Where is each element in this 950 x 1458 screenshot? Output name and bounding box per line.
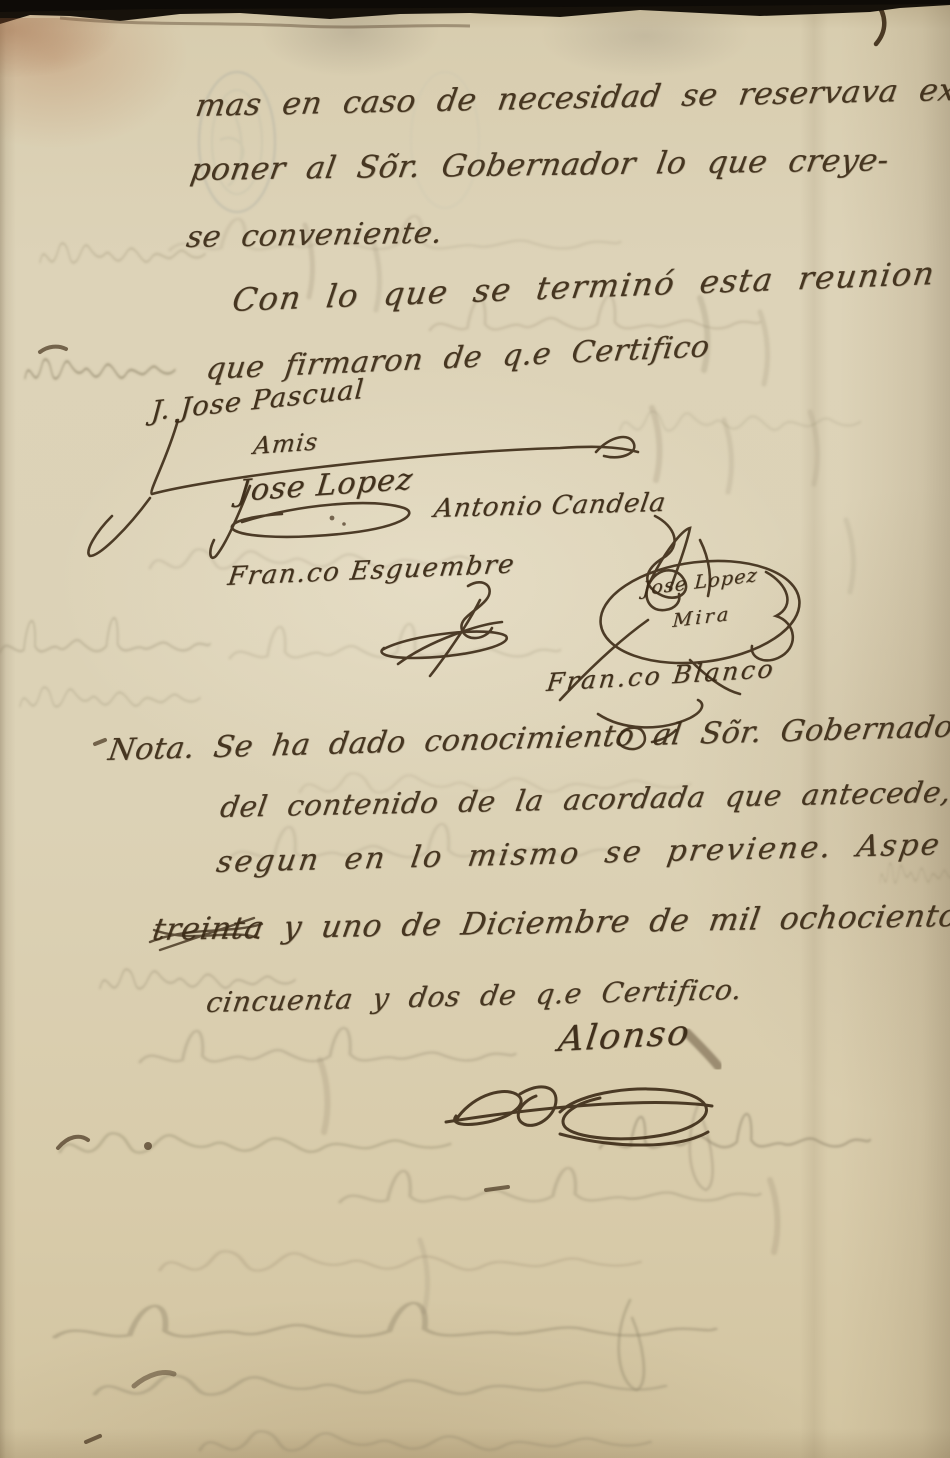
- nota-line-1: Nota. Se ha dado conocimiento al Sõr. Go…: [106, 709, 950, 768]
- alonso-rubric: [446, 1087, 712, 1145]
- bleedthrough-line: [20, 687, 200, 706]
- bleedthrough-stroke: [770, 1180, 777, 1252]
- manuscript-page: mas en caso de necesidad se reservava ex…: [0, 0, 950, 1458]
- signature-lopez-mira-line2: Mira: [672, 603, 732, 632]
- bleedthrough-line: [200, 1431, 650, 1450]
- manuscript-line-1: mas en caso de necesidad se reservava ex…: [193, 72, 950, 124]
- bleedthrough-stroke: [420, 1240, 427, 1312]
- bleedthrough-stroke: [724, 420, 731, 492]
- bleedthrough-line: [0, 618, 210, 652]
- bleedthrough-stroke: [760, 312, 767, 384]
- signature-esguembre: Fran.co Esguembre: [226, 550, 517, 592]
- nota-line-2: del contenido de la acordada que anteced…: [218, 775, 950, 824]
- bleedthrough-stroke: [810, 412, 817, 484]
- bleedthrough-line: [160, 1251, 640, 1270]
- bleedthrough-line: [25, 359, 175, 378]
- manuscript-line-5: que firmaron de q.e Certifico: [204, 329, 712, 387]
- bleedthrough-line: [140, 1028, 515, 1062]
- bleedthrough-stroke: [320, 1060, 327, 1132]
- bleedthrough-line: [880, 863, 950, 882]
- manuscript-line-3: se conveniente.: [184, 216, 445, 255]
- final-signature-alonso: Alonso: [556, 1013, 693, 1060]
- esguembre-rubric: [382, 582, 507, 676]
- bleedthrough-line: [620, 411, 860, 430]
- bleedthrough-line: [230, 624, 560, 658]
- manuscript-line-2: poner al Sõr. Gobernador lo que creye-: [188, 142, 892, 188]
- signature-lopez-mira-line1: Jose Lopez: [642, 564, 758, 600]
- bleedthrough-line: [55, 1303, 715, 1337]
- manuscript-line-4: Con lo que se terminó esta reunion: [230, 254, 938, 319]
- bleedthrough-line: [40, 243, 205, 262]
- bleedthrough-line: [60, 1133, 450, 1152]
- nota-line-3: segun en lo mismo se previene. Aspe: [214, 827, 944, 880]
- bleedthrough-loop: [690, 1100, 713, 1190]
- top-left-stain: [0, 18, 120, 78]
- bleedthrough-stroke: [846, 520, 853, 592]
- signature-jose-lopez: Jose Lopez: [236, 462, 415, 509]
- bleedthrough-loop: [619, 1300, 644, 1390]
- bleedthrough-line: [340, 1168, 760, 1202]
- signature-blanco: Fran.co Blanco: [545, 654, 777, 697]
- signature-antonio-candela: Antonio Candela: [432, 488, 668, 524]
- scan-top-edge: [0, 0, 950, 40]
- bleedthrough-line: [600, 1114, 870, 1148]
- nota-line-4: treinta y uno de Diciembre de mil ochoci…: [150, 898, 950, 948]
- secretary-signature-line2: Amis: [252, 428, 320, 460]
- ink-smudge: [686, 1032, 718, 1066]
- nota-line-5: cincuenta y dos de q.e Certifico.: [204, 973, 745, 1019]
- bleedthrough-line: [95, 1375, 665, 1394]
- bleedthrough-stroke: [652, 408, 659, 480]
